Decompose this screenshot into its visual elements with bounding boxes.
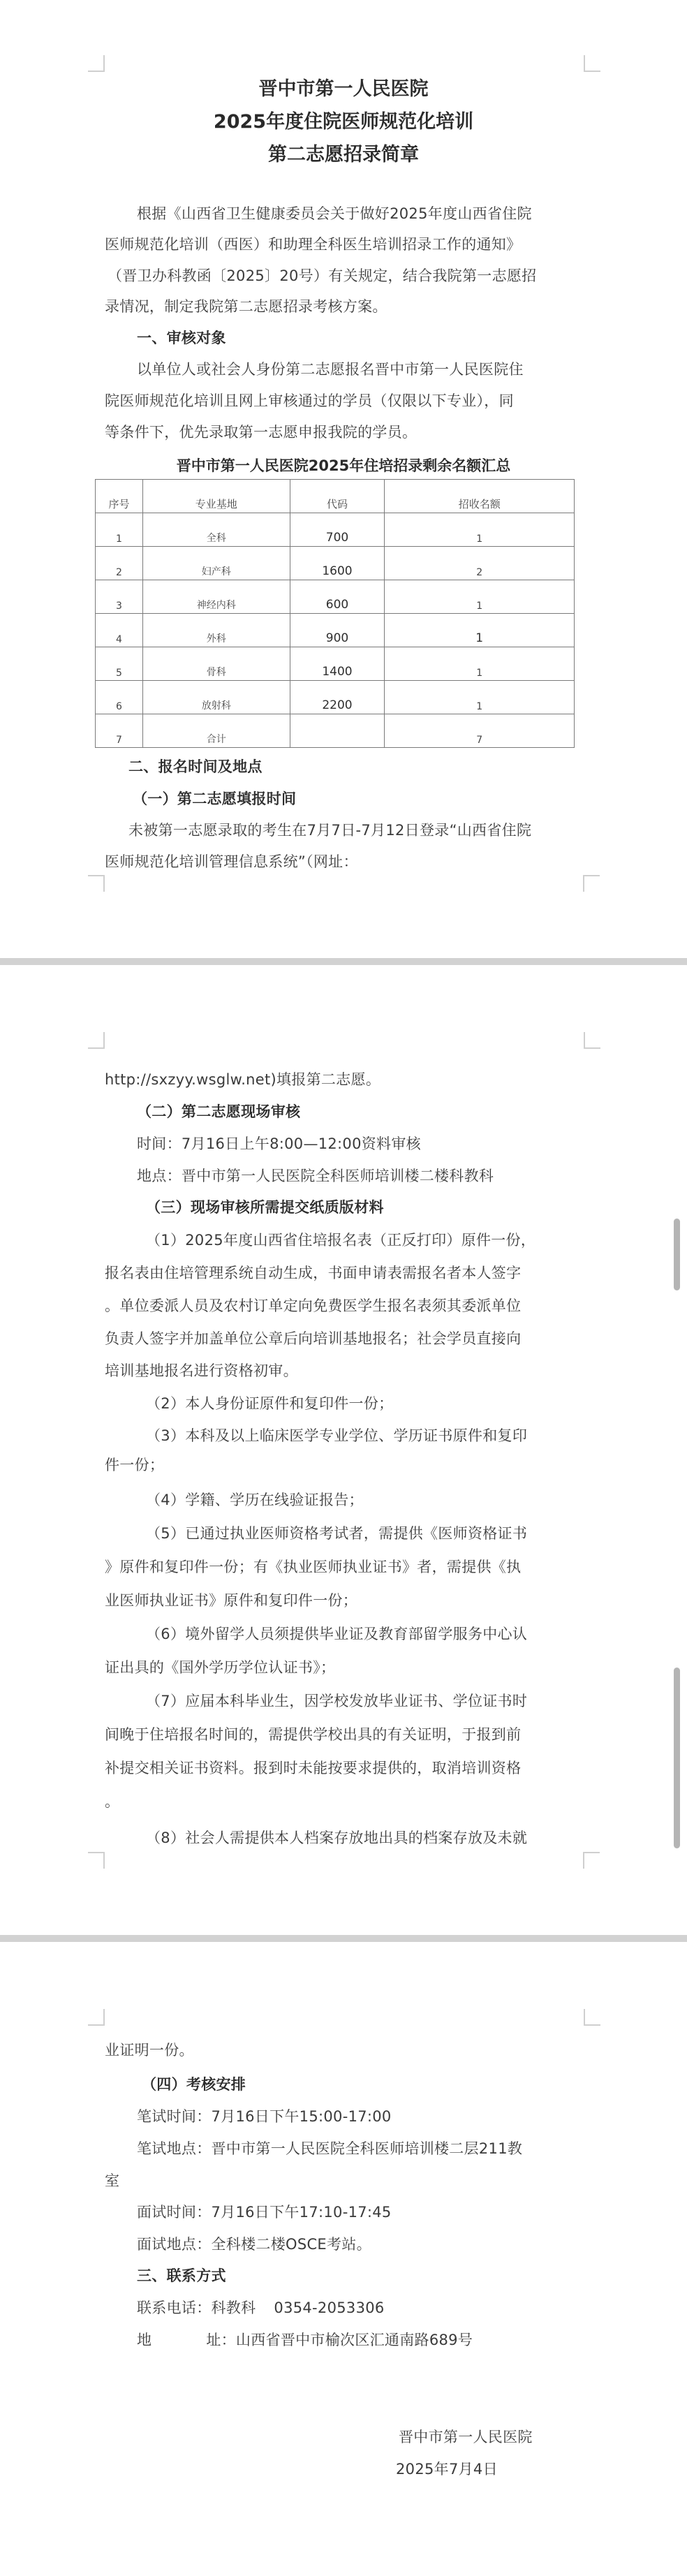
quota-table: 序号 专业基地 代码 招收名额 1 全科 700 1 2 妇产科 1600 2 … (95, 479, 575, 748)
cell-code: 1600 (290, 547, 385, 580)
table-row: 6 放射科 2200 1 (96, 681, 575, 714)
body-line: 以单位人或社会人身份第二志愿报名晋中市第一人民医院住 (137, 360, 524, 379)
page-corner-mark (584, 2009, 600, 2026)
cell-no: 1 (96, 513, 143, 547)
page-separator (0, 1935, 687, 1942)
material-item-3-cont: 件一份； (105, 1455, 164, 1475)
cell-no: 4 (96, 614, 143, 647)
page-corner-mark (584, 55, 600, 72)
cell-code: 700 (290, 513, 385, 547)
material-item-4: （4）学籍、学历在线验证报告； (146, 1490, 364, 1510)
intro-line: （晋卫办科教函〔2025〕20号）有关规定，结合我院第一志愿招 (108, 266, 536, 286)
cell-quota: 1 (385, 513, 575, 547)
material-item-8-cont: 业证明一份。 (105, 2040, 194, 2060)
cell-quota: 1 (385, 681, 575, 714)
material-item-6: （6）境外留学人员须提供毕业证及教育部留学服务中心认 (146, 1624, 527, 1644)
cell-quota: 7 (385, 714, 575, 748)
table-row: 4 外科 900 1 (96, 614, 575, 647)
material-item-8: （8）社会人需提供本人档案存放地出具的档案存放及未就 (146, 1828, 527, 1848)
intro-line: 录情况，制定我院第二志愿招录考核方案。 (105, 297, 387, 316)
cell-code: 900 (290, 614, 385, 647)
written-exam-time: 笔试时间：7月16日下午15:00-17:00 (137, 2107, 392, 2126)
body-line: 等条件下，优先录取第一志愿申报我院的学员。 (105, 422, 417, 442)
material-item-5-cont: 业医师执业证书》原件和复印件一份； (105, 1591, 357, 1610)
cell-code: 1400 (290, 647, 385, 681)
subsection-heading-3: （三）现场审核所需提交纸质版材料 (146, 1198, 384, 1217)
material-item-7-cont: 。 (105, 1792, 119, 1811)
intro-line: 根据《山西省卫生健康委员会关于做好2025年度山西省住院 (137, 204, 532, 223)
cell-base: 全科 (142, 513, 290, 547)
cell-quota: 2 (385, 547, 575, 580)
table-row: 1 全科 700 1 (96, 513, 575, 547)
phone-dept: 科教科 (212, 2299, 256, 2316)
material-item-1-cont: 负责人签字并加盖单位公章后向培训基地报名；社会学员直接向 (105, 1329, 521, 1348)
table-row-total: 7 合计 7 (96, 714, 575, 748)
interview-place: 面试地点：全科楼二楼OSCE考站。 (137, 2235, 371, 2254)
document-title-line-2: 2025年度住院医师规范化培训 (0, 110, 687, 135)
cell-code (290, 714, 385, 748)
table-header-row: 序号 专业基地 代码 招收名额 (96, 480, 575, 513)
cell-base: 外科 (142, 614, 290, 647)
material-item-7-cont: 间晚于住培报名时间的，需提供学校出具的有关证明，于报到前 (105, 1725, 521, 1744)
cell-code: 600 (290, 580, 385, 614)
header-cell: 序号 (96, 480, 143, 513)
material-item-7-cont: 补提交相关证书资料。报到时未能按要求提供的，取消培训资格 (105, 1758, 521, 1778)
cell-no: 3 (96, 580, 143, 614)
material-item-6-cont: 证出具的《国外学历学位认证书》； (105, 1658, 335, 1677)
cell-no: 7 (96, 714, 143, 748)
scrollbar-thumb[interactable] (674, 1668, 680, 1848)
written-exam-place-cont: 室 (105, 2171, 119, 2191)
header-cell: 专业基地 (142, 480, 290, 513)
cell-code: 2200 (290, 681, 385, 714)
material-item-7: （7）应届本科毕业生，因学校发放毕业证书、学位证书时 (146, 1691, 527, 1711)
body-line: 院医师规范化培训且网上审核通过的学员（仅限以下专业），同 (105, 391, 514, 411)
subsection-heading-2: （二）第二志愿现场审核 (137, 1102, 300, 1121)
cell-no: 2 (96, 547, 143, 580)
material-item-2: （2）本人身份证原件和复印件一份； (146, 1394, 393, 1413)
phone-label: 联系电话： (137, 2299, 212, 2316)
page-corner-mark (583, 875, 600, 892)
subsection-heading-4: （四）考核安排 (142, 2075, 246, 2094)
address-label-suffix: 址： (206, 2332, 236, 2348)
document-page-1: 晋中市第一人民医院 2025年度住院医师规范化培训 第二志愿招录简章 根据《山西… (0, 0, 687, 958)
written-exam-place: 笔试地点：晋中市第一人民医院全科医师培训楼二层211教 (137, 2139, 522, 2158)
cell-base: 神经内科 (142, 580, 290, 614)
table-row: 2 妇产科 1600 2 (96, 547, 575, 580)
material-item-5-cont: 》原件和复印件一份；有《执业医师执业证书》者，需提供《执 (105, 1557, 521, 1577)
cell-base: 放射科 (142, 681, 290, 714)
contact-address: 地址：山西省晋中市榆次区汇通南路689号 (137, 2330, 473, 2350)
table-title: 晋中市第一人民医院2025年住培招录剩余名额汇总 (0, 455, 687, 476)
body-line: 未被第一志愿录取的考生在7月7日-7月12日登录“山西省住院 (128, 820, 531, 840)
cell-quota: 1 (385, 614, 575, 647)
interview-time: 面试时间：7月16日下午17:10-17:45 (137, 2202, 392, 2222)
subsection-heading-1: （一）第二志愿填报时间 (133, 789, 296, 809)
section-heading-2: 二、报名时间及地点 (128, 757, 263, 777)
signature-date: 2025年7月4日 (396, 2459, 498, 2479)
scrollbar-thumb[interactable] (674, 1219, 680, 1290)
document-title-line-1: 晋中市第一人民医院 (0, 77, 687, 102)
page-corner-mark (88, 2009, 105, 2026)
phone-number: 0354-2053306 (274, 2299, 384, 2316)
cell-no: 5 (96, 647, 143, 681)
page-separator (0, 958, 687, 965)
header-cell: 招收名额 (385, 480, 575, 513)
table-row: 5 骨科 1400 1 (96, 647, 575, 681)
material-item-3: （3）本科及以上临床医学专业学位、学历证书原件和复印 (146, 1426, 527, 1445)
material-item-5: （5）已通过执业医师资格考试者，需提供《医师资格证书 (146, 1524, 527, 1543)
address-label: 地 (137, 2332, 152, 2348)
cell-quota: 1 (385, 580, 575, 614)
review-place: 地点：晋中市第一人民医院全科医师培训楼二楼科教科 (137, 1166, 494, 1186)
table-row: 3 神经内科 600 1 (96, 580, 575, 614)
page-corner-mark (88, 1852, 105, 1869)
document-title-line-3: 第二志愿招录简章 (0, 142, 687, 168)
material-item-1-cont: 培训基地报名进行资格初审。 (105, 1361, 298, 1381)
page-corner-mark (583, 1852, 600, 1869)
section-heading-3: 三、联系方式 (137, 2266, 226, 2286)
intro-line: 医师规范化培训（西医）和助理全科医生培训招录工作的通知》 (105, 235, 521, 254)
contact-phone: 联系电话：科教科0354-2053306 (137, 2298, 385, 2318)
material-item-1-cont: 报名表由住培管理系统自动生成，书面申请表需报名者本人签字 (105, 1263, 521, 1283)
review-time: 时间：7月16日上午8:00—12:00资料审核 (137, 1134, 421, 1154)
body-line: 医师规范化培训管理信息系统”（网址： (105, 852, 358, 871)
page-corner-mark (88, 55, 105, 72)
page-corner-mark (88, 875, 105, 892)
document-page-2: http://sxzyy.wsglw.net)填报第二志愿。 （二）第二志愿现场… (0, 965, 687, 1935)
cell-quota: 1 (385, 647, 575, 681)
section-heading-1: 一、审核对象 (137, 328, 226, 348)
cell-base: 妇产科 (142, 547, 290, 580)
cell-base: 合计 (142, 714, 290, 748)
header-cell: 代码 (290, 480, 385, 513)
url-line: http://sxzyy.wsglw.net)填报第二志愿。 (105, 1070, 381, 1089)
material-item-1: （1）2025年度山西省住培报名表（正反打印）原件一份， (146, 1230, 535, 1250)
page-corner-mark (88, 1032, 105, 1049)
signature-org: 晋中市第一人民医院 (399, 2427, 533, 2447)
address-value: 山西省晋中市榆次区汇通南路689号 (236, 2332, 473, 2348)
material-item-1-cont: 。单位委派人员及农村订单定向免费医学生报名表须其委派单位 (105, 1296, 521, 1316)
cell-base: 骨科 (142, 647, 290, 681)
document-page-3: 业证明一份。 （四）考核安排 笔试时间：7月16日下午15:00-17:00 笔… (0, 1942, 687, 2576)
cell-no: 6 (96, 681, 143, 714)
page-corner-mark (584, 1032, 600, 1049)
